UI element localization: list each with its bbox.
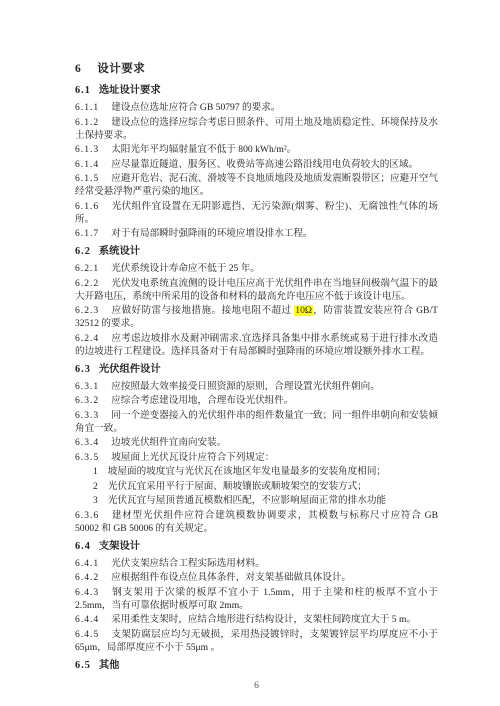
clause-6-3-5: 6.3.5坡屋面上光伏瓦设计应符合下列规定： [75, 451, 438, 464]
subclause-6-3-5-2: 2光伏瓦宜采用平行于屋面、顺坡镶嵌或顺坡架空的安装方式； [75, 480, 438, 493]
chapter-heading: 6设计要求 [75, 62, 438, 76]
subclause-number: 2 [93, 481, 99, 492]
clause-6-4-3: 6.4.3钢支架用于次梁的板厚不宜小于 1.5mm，用于主梁和柱的板厚不宜小于 … [75, 586, 438, 612]
section-title: 支架设计 [99, 541, 140, 552]
clause-6-1-3: 6.1.3太阳光年平均辐射量宜不低于 800 kWh/m²。 [75, 143, 438, 156]
clause-number: 6.4.3 [75, 587, 99, 598]
clause-text: 光伏发电系统直流侧的设计电压应高于光伏组件串在当地昼间极端气温下的最大开路电压，… [75, 278, 438, 302]
clause-text: 应根据组件布设点位具体条件，对支架基础做具体设计。 [111, 572, 351, 583]
section-number: 6.2 [75, 246, 91, 257]
clause-6-1-2: 6.1.2建设点位的选择应综合考虑日照条件、可用土地及地质稳定性、环境保持及水土… [75, 116, 438, 142]
clause-text: 建材型光伏组件应符合建筑模数协调要求，其模数与标称尺寸应符合 GB 50002 … [75, 510, 438, 534]
clause-6-4-1: 6.4.1光伏支架应结合工程实际选用材料。 [75, 557, 438, 570]
clause-text: 应考虑边坡排水及耐冲刷需求.宜选择具备集中排水系统或易于进行排水改造的边坡进行工… [75, 333, 438, 357]
clause-text: 建设点位选址应符合 GB 50797 的要求。 [111, 102, 280, 113]
clause-text: 应避开危岩、泥石流、滑坡等不良地质地段及地质发震断裂带区；应避开空气经常受悬浮物… [75, 173, 438, 197]
clause-6-2-2: 6.2.2光伏发电系统直流侧的设计电压应高于光伏组件串在当地昼间极端气温下的最大… [75, 277, 438, 303]
clause-6-2-1: 6.2.1光伏系统设计寿命应不低于 25 年。 [75, 262, 438, 275]
clause-number: 6.2.3 [75, 305, 99, 316]
clause-text: 应尽量靠近隧道、服务区、收费站等高速公路沿线用电负荷较大的区域。 [111, 159, 418, 170]
clause-text: 采用柔性支架时，应结合地形进行结构设计，支架柱间跨度宜大于 5 m。 [111, 614, 416, 625]
clause-6-3-1: 6.3.1应按照最大效率接受日照资源的原则，合理设置光伏组件朝向。 [75, 380, 438, 393]
clause-text: 应按照最大效率接受日照资源的原则，合理设置光伏组件朝向。 [111, 381, 380, 392]
section-number: 6.5 [75, 660, 91, 671]
clause-number: 6.1.1 [75, 102, 99, 113]
section-title: 系统设计 [99, 246, 140, 257]
clause-6-1-1: 6.1.1建设点位选址应符合 GB 50797 的要求。 [75, 101, 438, 114]
highlighted-resistance-value: 10Ω [294, 305, 313, 316]
clause-number: 6.1.4 [75, 159, 99, 170]
chapter-title: 设计要求 [97, 63, 145, 75]
clause-6-3-6: 6.3.6建材型光伏组件应符合建筑模数协调要求，其模数与标称尺寸应符合 GB 5… [75, 509, 438, 535]
clause-number: 6.4.5 [75, 629, 99, 640]
section-heading-6-5: 6.5其他 [75, 659, 438, 672]
section-title: 其他 [99, 660, 120, 671]
clause-text: 应做好防雷与接地措施。接地电阻不超过 [111, 305, 294, 316]
page-number: 6 [75, 681, 438, 691]
clause-number: 6.1.5 [75, 173, 99, 184]
section-title: 光伏组件设计 [99, 364, 161, 375]
clause-number: 6.2.1 [75, 263, 99, 274]
section-number: 6.3 [75, 364, 91, 375]
clause-6-2-3: 6.2.3应做好防雷与接地措施。接地电阻不超过 10Ω，防雷装置安装应符合 GB… [75, 304, 438, 330]
subclause-number: 3 [93, 495, 99, 506]
clause-number: 6.4.1 [75, 558, 99, 569]
clause-6-1-4: 6.1.4应尽量靠近隧道、服务区、收费站等高速公路沿线用电负荷较大的区域。 [75, 158, 438, 171]
section-number: 6.4 [75, 541, 91, 552]
clause-text: 边坡光伏组件宜南向安装。 [111, 437, 226, 448]
subclause-text: 坡屋面的坡度宜与光伏瓦在该地区年发电量最多的安装角度相同； [108, 466, 386, 477]
clause-number: 6.4.4 [75, 614, 99, 625]
clause-number: 6.3.2 [75, 395, 99, 406]
clause-text: 建设点位的选择应综合考虑日照条件、可用土地及地质稳定性、环境保持及水土保持要求。 [75, 117, 438, 141]
clause-6-2-4: 6.2.4应考虑边坡排水及耐冲刷需求.宜选择具备集中排水系统或易于进行排水改造的… [75, 332, 438, 358]
subclause-number: 1 [93, 466, 99, 477]
clause-number: 6.1.3 [75, 144, 99, 155]
clause-number: 6.4.2 [75, 572, 99, 583]
section-heading-6-3: 6.3光伏组件设计 [75, 363, 438, 376]
clause-text: 同一个逆变器接入的光伏组件串的组件数量宜一致；同一组件串朝向和安装倾角宜一致。 [75, 410, 438, 434]
clause-text: 光伏支架应结合工程实际选用材料。 [111, 558, 265, 569]
clause-text: 支架防腐层应均匀无破损，采用热浸镀锌时，支架镀锌层平均厚度应不小于 65μm，局… [75, 629, 438, 653]
clause-text: 坡屋面上光伏瓦设计应符合下列规定： [111, 452, 274, 463]
subclause-6-3-5-1: 1坡屋面的坡度宜与光伏瓦在该地区年发电量最多的安装角度相同； [75, 465, 438, 478]
clause-number: 6.2.2 [75, 278, 99, 289]
chapter-number: 6 [75, 63, 81, 75]
clause-text: 太阳光年平均辐射量宜不低于 800 kWh/m²。 [111, 144, 296, 155]
clause-number: 6.3.6 [75, 510, 99, 521]
section-number: 6.1 [75, 85, 91, 96]
clause-number: 6.3.3 [75, 410, 99, 421]
clause-text: 对于有局部瞬时强降雨的环境应增设排水工程。 [111, 228, 312, 239]
clause-6-4-4: 6.4.4采用柔性支架时，应结合地形进行结构设计，支架柱间跨度宜大于 5 m。 [75, 613, 438, 626]
clause-6-3-3: 6.3.3同一个逆变器接入的光伏组件串的组件数量宜一致；同一组件串朝向和安装倾角… [75, 409, 438, 435]
clause-number: 6.1.6 [75, 201, 99, 212]
clause-text: 应综合考虑建设用地，合理布设光伏组件。 [111, 395, 293, 406]
section-heading-6-2: 6.2系统设计 [75, 245, 438, 258]
clause-6-1-7: 6.1.7对于有局部瞬时强降雨的环境应增设排水工程。 [75, 227, 438, 240]
clause-number: 6.1.7 [75, 228, 99, 239]
clause-6-1-6: 6.1.6光伏组件宜设置在无阴影遮挡、无污染源(烟雾、粉尘)、无腐蚀性气体的场所… [75, 200, 438, 226]
subclause-text: 光伏瓦宜采用平行于屋面、顺坡镶嵌或顺坡架空的安装方式； [108, 481, 367, 492]
clause-number: 6.3.4 [75, 437, 99, 448]
section-heading-6-4: 6.4支架设计 [75, 540, 438, 553]
clause-number: 6.2.4 [75, 333, 99, 344]
subclause-6-3-5-3: 3光伏瓦宜与屋顶普通瓦模数相匹配，不应影响屋面正常的排水功能 [75, 494, 438, 507]
clause-6-3-2: 6.3.2应综合考虑建设用地，合理布设光伏组件。 [75, 394, 438, 407]
clause-text: 钢支架用于次梁的板厚不宜小于 1.5mm，用于主梁和柱的板厚不宜小于 2.5mm… [75, 587, 438, 611]
subclause-text: 光伏瓦宜与屋顶普通瓦模数相匹配，不应影响屋面正常的排水功能 [108, 495, 386, 506]
clause-number: 6.1.2 [75, 117, 99, 128]
clause-text: 光伏组件宜设置在无阴影遮挡、无污染源(烟雾、粉尘)、无腐蚀性气体的场所。 [75, 201, 438, 225]
document-page: 6设计要求 6.1选址设计要求 6.1.1建设点位选址应符合 GB 50797 … [0, 0, 500, 706]
clause-6-4-5: 6.4.5支架防腐层应均匀无破损，采用热浸镀锌时，支架镀锌层平均厚度应不小于 6… [75, 628, 438, 654]
clause-6-1-5: 6.1.5应避开危岩、泥石流、滑坡等不良地质地段及地质发震断裂带区；应避开空气经… [75, 172, 438, 198]
section-title: 选址设计要求 [99, 85, 161, 96]
clause-number: 6.3.5 [75, 452, 99, 463]
clause-6-3-4: 6.3.4边坡光伏组件宜南向安装。 [75, 436, 438, 449]
section-heading-6-1: 6.1选址设计要求 [75, 84, 438, 97]
clause-number: 6.3.1 [75, 381, 99, 392]
clause-6-4-2: 6.4.2应根据组件布设点位具体条件，对支架基础做具体设计。 [75, 571, 438, 584]
clause-text: 光伏系统设计寿命应不低于 25 年。 [111, 263, 260, 274]
